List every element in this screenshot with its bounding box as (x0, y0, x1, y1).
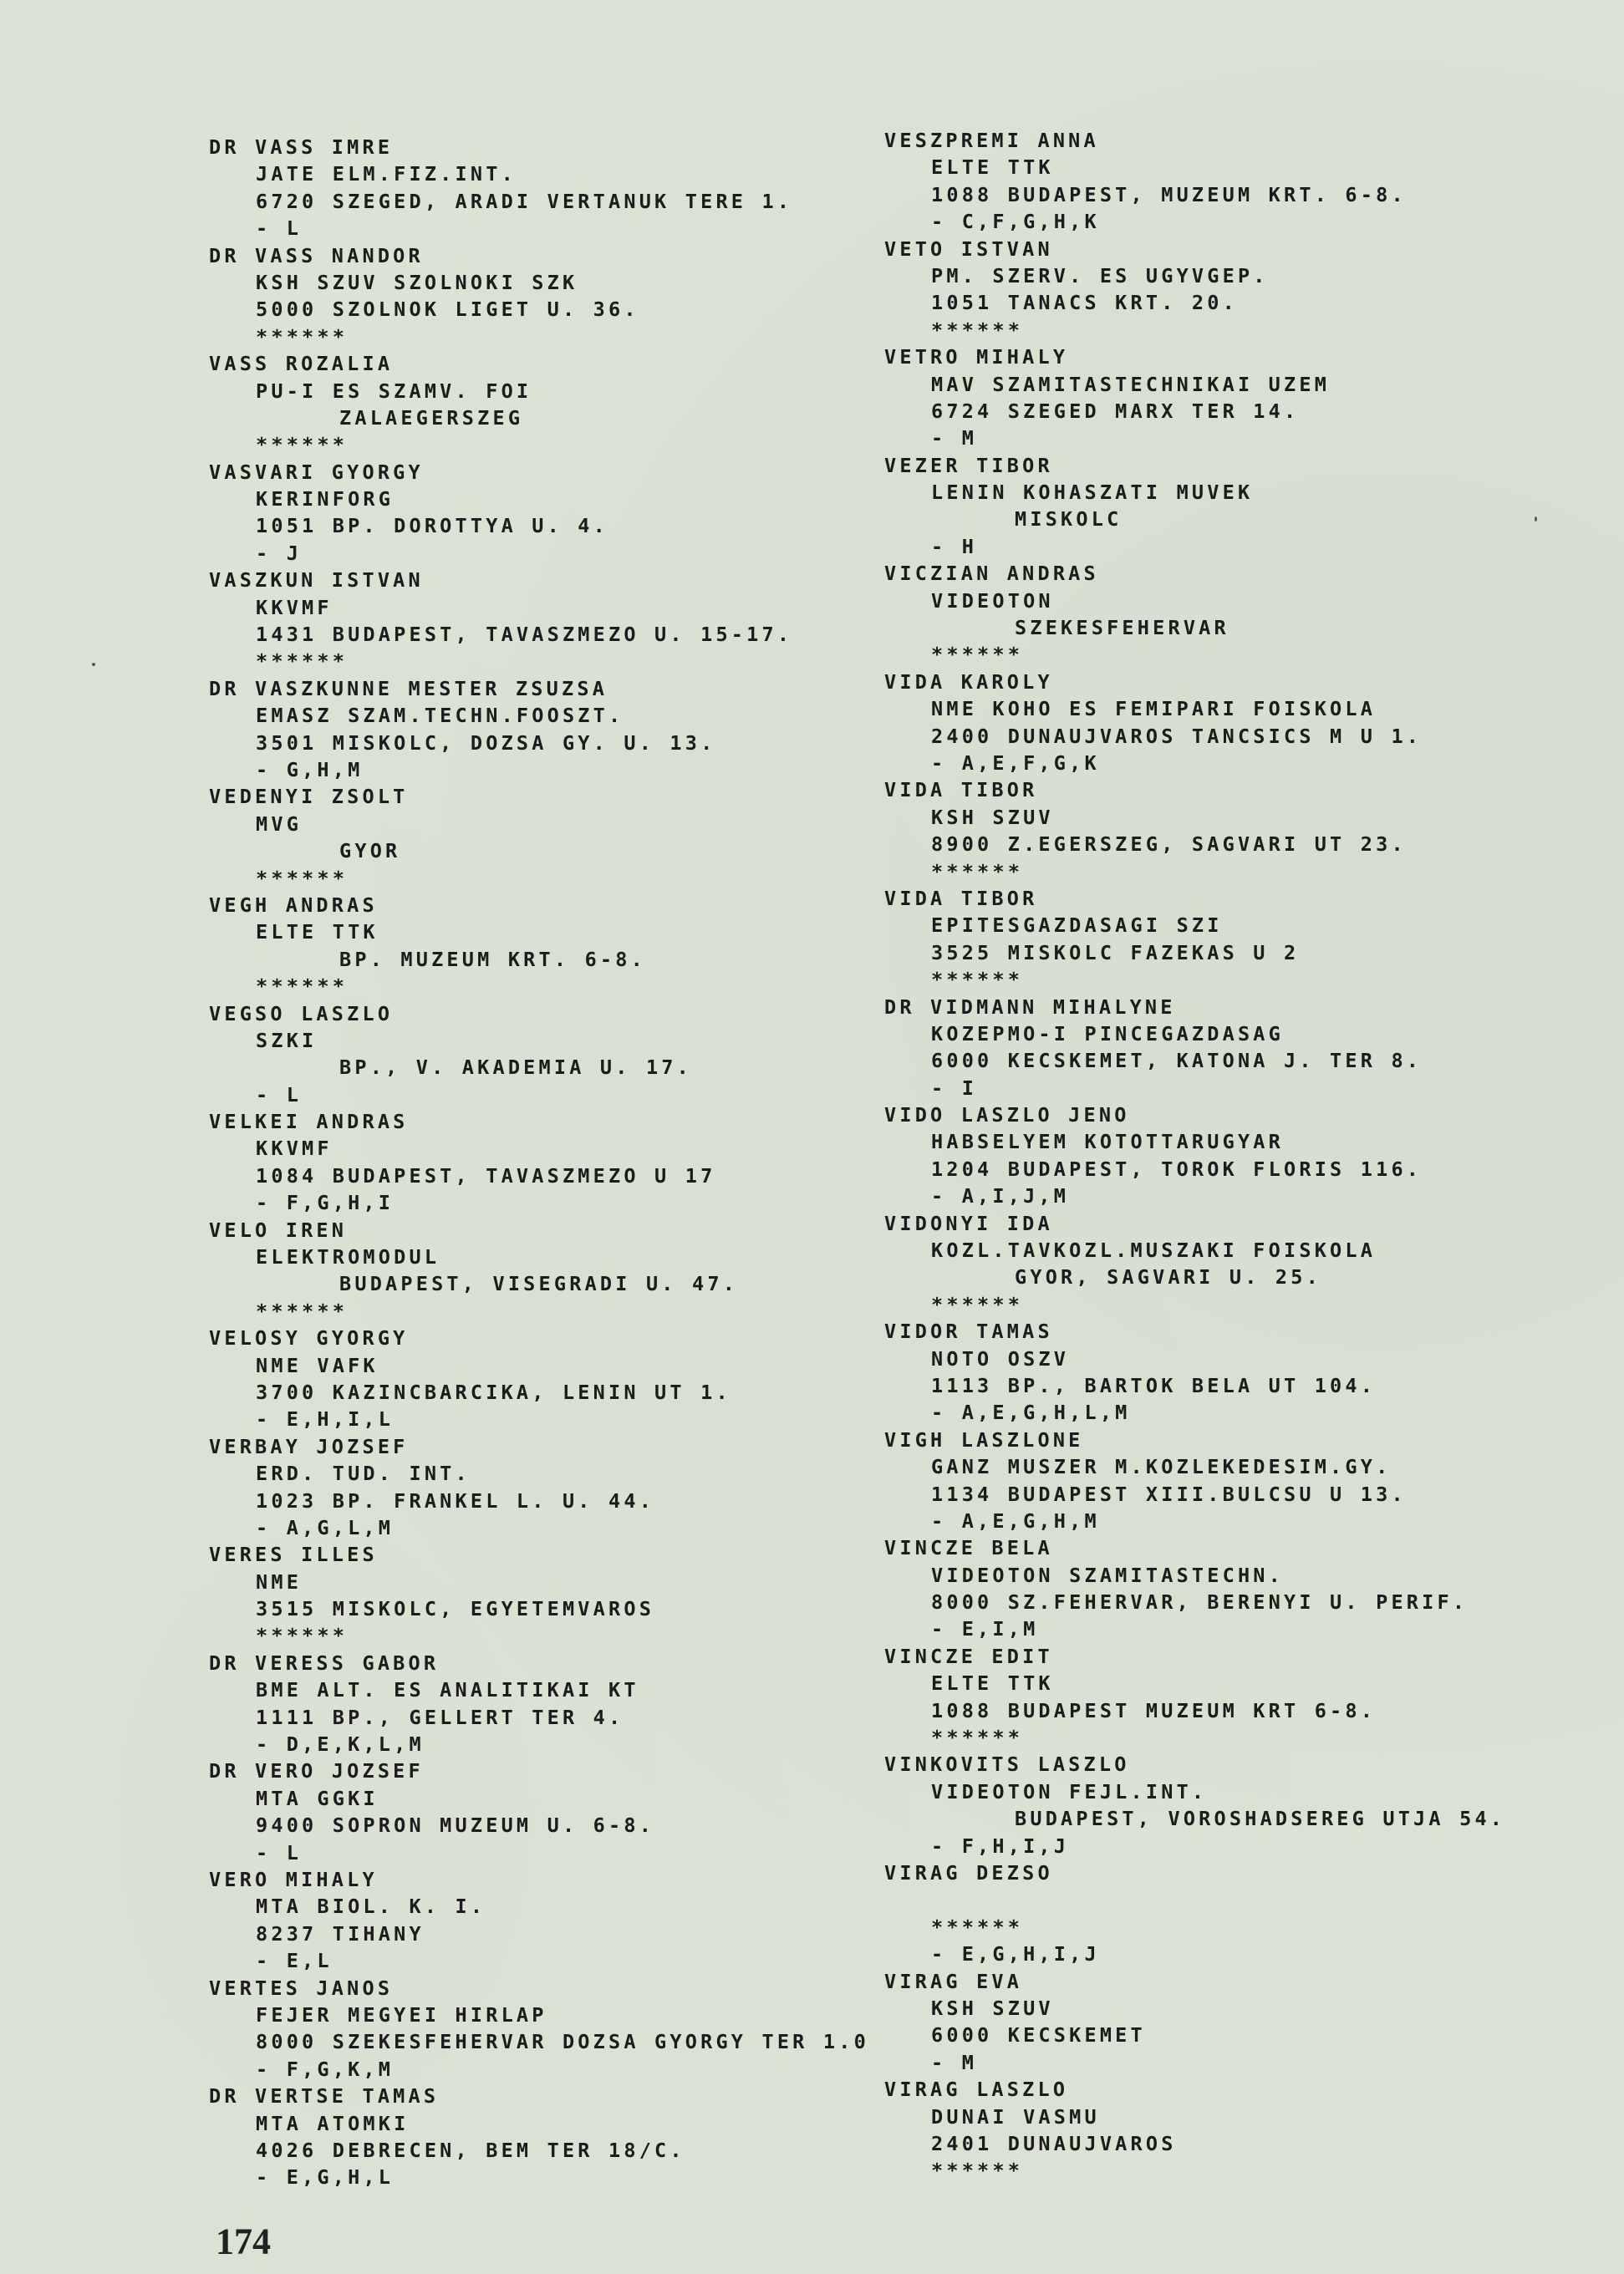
entry-detail-line: EMASZ SZAM.TECHN.FOOSZT. (209, 702, 869, 729)
entry-detail-line: MVG (209, 811, 869, 837)
entry-codes: - J (209, 540, 869, 567)
directory-column-right: VESZPREMI ANNAELTE TTK1088 BUDAPEST, MUZ… (884, 127, 1505, 2185)
entry-name: DR VASZKUNNE MESTER ZSUZSA (209, 675, 869, 702)
entry-blank-line (884, 1886, 1505, 1913)
entry-name: VIRAG EVA (884, 1968, 1505, 1995)
entry-separator: ****** (884, 317, 1505, 343)
entry-codes: - G,H,M (209, 756, 869, 783)
directory-entry: VELKEI ANDRASKKVMF1084 BUDAPEST, TAVASZM… (209, 1108, 869, 1217)
entry-name: VEDENYI ZSOLT (209, 783, 869, 810)
entry-codes: - E,G,H,L (209, 2164, 869, 2190)
entry-name: VIRAG DEZSO (884, 1859, 1505, 1886)
entry-detail-line: FEJER MEGYEI HIRLAP (209, 2002, 869, 2028)
entry-detail-line: NOTO OSZV (884, 1346, 1505, 1372)
entry-codes: - A,E,G,H,L,M (884, 1399, 1505, 1426)
entry-name: VEZER TIBOR (884, 452, 1505, 479)
directory-entry: DR VERESS GABORBME ALT. ES ANALITIKAI KT… (209, 1650, 869, 1758)
directory-entry: VASVARI GYORGYKERINFORG1051 BP. DOROTTYA… (209, 459, 869, 567)
entry-separator: ****** (884, 2157, 1505, 2184)
page-number: 174 (216, 2221, 271, 2263)
entry-codes: - M (884, 2049, 1505, 2076)
entry-detail-line: KOZL.TAVKOZL.MUSZAKI FOISKOLA (884, 1237, 1505, 1264)
entry-codes: - F,H,I,J (884, 1833, 1505, 1859)
entry-separator: ****** (209, 431, 869, 458)
entry-name: VERES ILLES (209, 1541, 869, 1568)
entry-detail-line: ELTE TTK (884, 1670, 1505, 1697)
entry-codes: - L (209, 215, 869, 242)
directory-entry: VELO IRENELEKTROMODULBUDAPEST, VISEGRADI… (209, 1217, 869, 1325)
entry-address: 1134 BUDAPEST XIII.BULCSU U 13. (884, 1481, 1505, 1508)
entry-address: GYOR (209, 837, 869, 864)
directory-entry: VINCZE BELAVIDEOTON SZAMITASTECHN.8000 S… (884, 1534, 1505, 1643)
directory-entry: DR VERTSE TAMASMTA ATOMKI4026 DEBRECEN, … (209, 2083, 869, 2191)
entry-separator: ****** (884, 641, 1505, 668)
entry-detail-line: KERINFORG (209, 486, 869, 512)
entry-codes: - E,L (209, 1947, 869, 1974)
entry-name: VASZKUN ISTVAN (209, 567, 869, 593)
entry-codes: - D,E,K,L,M (209, 1731, 869, 1758)
entry-detail-line: NME VAFK (209, 1352, 869, 1379)
directory-entry: VICZIAN ANDRASVIDEOTONSZEKESFEHERVAR****… (884, 560, 1505, 669)
entry-name: VIDA KAROLY (884, 669, 1505, 695)
directory-entry: VIDA TIBOREPITESGAZDASAGI SZI3525 MISKOL… (884, 885, 1505, 994)
entry-separator: ****** (884, 966, 1505, 993)
entry-name: VIDONYI IDA (884, 1210, 1505, 1237)
entry-address: 6000 KECSKEMET (884, 2022, 1505, 2048)
entry-address: 1088 BUDAPEST, MUZEUM KRT. 6-8. (884, 181, 1505, 208)
entry-detail-line: JATE ELM.FIZ.INT. (209, 160, 869, 187)
entry-name: VERO MIHALY (209, 1866, 869, 1893)
entry-detail-line: MTA GGKI (209, 1785, 869, 1812)
margin-speck (92, 663, 95, 666)
entry-name: DR VIDMANN MIHALYNE (884, 994, 1505, 1020)
entry-name: VINCZE BELA (884, 1534, 1505, 1561)
entry-address: MISKOLC (884, 506, 1505, 532)
entry-detail-line: PU-I ES SZAMV. FOI (209, 378, 869, 404)
directory-entry: VESZPREMI ANNAELTE TTK1088 BUDAPEST, MUZ… (884, 127, 1505, 236)
entry-detail-line: ELEKTROMODUL (209, 1244, 869, 1270)
entry-name: VASVARI GYORGY (209, 459, 869, 486)
entry-separator: ****** (209, 973, 869, 1000)
entry-address: 1204 BUDAPEST, TOROK FLORIS 116. (884, 1156, 1505, 1183)
entry-address: BUDAPEST, VOROSHADSEREG UTJA 54. (884, 1805, 1505, 1832)
directory-entry: VINKOVITS LASZLOVIDEOTON FEJL.INT.BUDAPE… (884, 1751, 1505, 1859)
directory-entry: VIRAG LASZLODUNAI VASMU2401 DUNAUJVAROS*… (884, 2076, 1505, 2185)
directory-entry: VIDA TIBORKSH SZUV8900 Z.EGERSZEG, SAGVA… (884, 776, 1505, 885)
entry-separator: ****** (884, 858, 1505, 885)
entry-address: 9400 SOPRON MUZEUM U. 6-8. (209, 1812, 869, 1839)
entry-codes: - F,G,H,I (209, 1189, 869, 1216)
entry-address: 2401 DUNAUJVAROS (884, 2130, 1505, 2157)
entry-address: 5000 SZOLNOK LIGET U. 36. (209, 296, 869, 323)
directory-entry: VEGH ANDRASELTE TTKBP. MUZEUM KRT. 6-8.*… (209, 892, 869, 1000)
directory-entry: DR VASS NANDORKSH SZUV SZOLNOKI SZK5000 … (209, 242, 869, 351)
directory-entry: VASS ROZALIAPU-I ES SZAMV. FOIZALAEGERSZ… (209, 350, 869, 459)
entry-detail-line: EPITESGAZDASAGI SZI (884, 912, 1505, 939)
directory-entry: VETO ISTVANPM. SZERV. ES UGYVGEP.1051 TA… (884, 236, 1505, 344)
entry-address: 8000 SZ.FEHERVAR, BERENYI U. PERIF. (884, 1589, 1505, 1615)
entry-detail-line: NME (209, 1569, 869, 1595)
entry-name: DR VASS IMRE (209, 134, 869, 160)
directory-entry: VIDONYI IDAKOZL.TAVKOZL.MUSZAKI FOISKOLA… (884, 1210, 1505, 1319)
entry-detail-line: PM. SZERV. ES UGYVGEP. (884, 262, 1505, 289)
entry-detail-line: SZKI (209, 1027, 869, 1054)
entry-name: VIDOR TAMAS (884, 1318, 1505, 1345)
entry-codes: - E,H,I,L (209, 1406, 869, 1432)
entry-name: DR VERTSE TAMAS (209, 2083, 869, 2109)
entry-name: DR VERO JOZSEF (209, 1758, 869, 1784)
directory-entry: VERTES JANOSFEJER MEGYEI HIRLAP8000 SZEK… (209, 1975, 869, 2083)
entry-name: VINKOVITS LASZLO (884, 1751, 1505, 1778)
entry-detail-line: MTA BIOL. K. I. (209, 1893, 869, 1920)
directory-entry: VIGH LASZLONEGANZ MUSZER M.KOZLEKEDESIM.… (884, 1427, 1505, 1535)
directory-entry: VEZER TIBORLENIN KOHASZATI MUVEKMISKOLC-… (884, 452, 1505, 561)
entry-separator: ****** (209, 648, 869, 674)
entry-address: 6000 KECSKEMET, KATONA J. TER 8. (884, 1047, 1505, 1074)
entry-separator: ****** (209, 865, 869, 892)
entry-name: VINCZE EDIT (884, 1643, 1505, 1670)
entry-address: 8000 SZEKESFEHERVAR DOZSA GYORGY TER 1.0 (209, 2028, 869, 2055)
entry-name: VASS ROZALIA (209, 350, 869, 377)
directory-entry: DR VASS IMREJATE ELM.FIZ.INT.6720 SZEGED… (209, 134, 869, 242)
entry-separator: ****** (884, 1724, 1505, 1751)
entry-address: 1088 BUDAPEST MUZEUM KRT 6-8. (884, 1697, 1505, 1724)
entry-address: 2400 DUNAUJVAROS TANCSICS M U 1. (884, 723, 1505, 750)
directory-entry: VERBAY JOZSEFERD. TUD. INT.1023 BP. FRAN… (209, 1433, 869, 1542)
entry-address: ZALAEGERSZEG (209, 404, 869, 431)
entry-address: 6720 SZEGED, ARADI VERTANUK TERE 1. (209, 188, 869, 215)
directory-entry: VIDA KAROLYNME KOHO ES FEMIPARI FOISKOLA… (884, 669, 1505, 777)
entry-separator: ****** (884, 1291, 1505, 1318)
directory-entry: VIDO LASZLO JENOHABSELYEM KOTOTTARUGYAR1… (884, 1101, 1505, 1210)
entry-detail-line: KSH SZUV (884, 1995, 1505, 2022)
directory-entry: VINCZE EDITELTE TTK1088 BUDAPEST MUZEUM … (884, 1643, 1505, 1752)
entry-detail-line: VIDEOTON SZAMITASTECHN. (884, 1562, 1505, 1589)
entry-detail-line: NME KOHO ES FEMIPARI FOISKOLA (884, 695, 1505, 722)
entry-separator: ****** (209, 1622, 869, 1649)
entry-detail-line: KKVMF (209, 594, 869, 621)
entry-name: VESZPREMI ANNA (884, 127, 1505, 154)
entry-separator: ****** (884, 1914, 1505, 1941)
entry-address: 6724 SZEGED MARX TER 14. (884, 398, 1505, 425)
entry-name: VIDA TIBOR (884, 885, 1505, 912)
entry-name: DR VASS NANDOR (209, 242, 869, 269)
entry-codes: - M (884, 425, 1505, 451)
directory-entry: VEGSO LASZLOSZKIBP., V. AKADEMIA U. 17.-… (209, 1000, 869, 1109)
entry-name: VICZIAN ANDRAS (884, 560, 1505, 587)
entry-detail-line: KKVMF (209, 1135, 869, 1162)
margin-speck (1535, 516, 1537, 521)
entry-separator: ****** (209, 1298, 869, 1325)
entry-separator: ****** (209, 323, 869, 350)
entry-detail-line: HABSELYEM KOTOTTARUGYAR (884, 1128, 1505, 1155)
entry-address: 1431 BUDAPEST, TAVASZMEZO U. 15-17. (209, 621, 869, 648)
entry-address: 1023 BP. FRANKEL L. U. 44. (209, 1488, 869, 1514)
entry-address: 1111 BP., GELLERT TER 4. (209, 1704, 869, 1731)
entry-detail-line: ELTE TTK (209, 918, 869, 945)
entry-address: BP., V. AKADEMIA U. 17. (209, 1054, 869, 1081)
entry-name: VELOSY GYORGY (209, 1325, 869, 1351)
directory-entry: VIRAG DEZSO******- E,G,H,I,J (884, 1859, 1505, 1968)
entry-detail-line: GANZ MUSZER M.KOZLEKEDESIM.GY. (884, 1453, 1505, 1480)
entry-codes: - C,F,G,H,K (884, 208, 1505, 235)
entry-codes: - E,I,M (884, 1615, 1505, 1642)
entry-address: 3525 MISKOLC FAZEKAS U 2 (884, 939, 1505, 966)
entry-name: VIGH LASZLONE (884, 1427, 1505, 1453)
directory-entry: DR VASZKUNNE MESTER ZSUZSAEMASZ SZAM.TEC… (209, 675, 869, 784)
entry-name: VIRAG LASZLO (884, 2076, 1505, 2103)
entry-address: 3501 MISKOLC, DOZSA GY. U. 13. (209, 730, 869, 756)
entry-detail-line: ELTE TTK (884, 154, 1505, 181)
entry-address: 1051 TANACS KRT. 20. (884, 289, 1505, 316)
entry-address: 3515 MISKOLC, EGYETEMVAROS (209, 1595, 869, 1622)
directory-entry: VERO MIHALYMTA BIOL. K. I.8237 TIHANY- E… (209, 1866, 869, 1975)
entry-codes: - F,G,K,M (209, 2056, 869, 2083)
entry-detail-line: KOZEPMO-I PINCEGAZDASAG (884, 1020, 1505, 1047)
entry-address: SZEKESFEHERVAR (884, 614, 1505, 641)
entry-detail-line: KSH SZUV SZOLNOKI SZK (209, 269, 869, 296)
directory-column-left: DR VASS IMREJATE ELM.FIZ.INT.6720 SZEGED… (209, 134, 869, 2191)
entry-codes: - A,I,J,M (884, 1183, 1505, 1209)
entry-name: VIDA TIBOR (884, 776, 1505, 803)
entry-name: VELO IREN (209, 1217, 869, 1244)
directory-entry: VETRO MIHALYMAV SZAMITASTECHNIKAI UZEM67… (884, 343, 1505, 452)
entry-codes: - A,G,L,M (209, 1514, 869, 1541)
entry-codes: - H (884, 533, 1505, 560)
entry-codes: - E,G,H,I,J (884, 1941, 1505, 1967)
entry-detail-line: VIDEOTON FEJL.INT. (884, 1778, 1505, 1805)
directory-entry: VIDOR TAMASNOTO OSZV1113 BP., BARTOK BEL… (884, 1318, 1505, 1427)
entry-detail-line: KSH SZUV (884, 804, 1505, 831)
directory-entry: VASZKUN ISTVANKKVMF1431 BUDAPEST, TAVASZ… (209, 567, 869, 675)
entry-address: GYOR, SAGVARI U. 25. (884, 1264, 1505, 1290)
entry-codes: - I (884, 1075, 1505, 1101)
directory-entry: VERES ILLESNME3515 MISKOLC, EGYETEMVAROS… (209, 1541, 869, 1650)
entry-detail-line: BME ALT. ES ANALITIKAI KT (209, 1676, 869, 1703)
entry-codes: - A,E,G,H,M (884, 1508, 1505, 1534)
directory-entry: VEDENYI ZSOLTMVGGYOR****** (209, 783, 869, 892)
entry-name: VIDO LASZLO JENO (884, 1101, 1505, 1128)
entry-address: 3700 KAZINCBARCIKA, LENIN UT 1. (209, 1379, 869, 1406)
entry-name: VETO ISTVAN (884, 236, 1505, 262)
entry-codes: - L (209, 1081, 869, 1108)
entry-name: DR VERESS GABOR (209, 1650, 869, 1676)
entry-address: 8900 Z.EGERSZEG, SAGVARI UT 23. (884, 831, 1505, 857)
entry-detail-line: MTA ATOMKI (209, 2110, 869, 2137)
entry-address: BUDAPEST, VISEGRADI U. 47. (209, 1270, 869, 1297)
entry-detail-line: MAV SZAMITASTECHNIKAI UZEM (884, 371, 1505, 398)
entry-address: 8237 TIHANY (209, 1920, 869, 1947)
entry-name: VERTES JANOS (209, 1975, 869, 2002)
entry-address: 1084 BUDAPEST, TAVASZMEZO U 17 (209, 1162, 869, 1189)
entry-name: VERBAY JOZSEF (209, 1433, 869, 1460)
entry-address: 1113 BP., BARTOK BELA UT 104. (884, 1372, 1505, 1399)
entry-codes: - L (209, 1839, 869, 1866)
directory-entry: VELOSY GYORGYNME VAFK3700 KAZINCBARCIKA,… (209, 1325, 869, 1433)
entry-address: 1051 BP. DOROTTYA U. 4. (209, 512, 869, 539)
entry-detail-line: DUNAI VASMU (884, 2104, 1505, 2130)
directory-entry: VIRAG EVAKSH SZUV6000 KECSKEMET- M (884, 1968, 1505, 2077)
directory-entry: DR VIDMANN MIHALYNEKOZEPMO-I PINCEGAZDAS… (884, 994, 1505, 1102)
entry-address: BP. MUZEUM KRT. 6-8. (209, 946, 869, 973)
entry-address: 4026 DEBRECEN, BEM TER 18/C. (209, 2137, 869, 2164)
entry-name: VELKEI ANDRAS (209, 1108, 869, 1135)
entry-detail-line: VIDEOTON (884, 588, 1505, 614)
entry-name: VETRO MIHALY (884, 343, 1505, 370)
entry-codes: - A,E,F,G,K (884, 750, 1505, 776)
entry-detail-line: LENIN KOHASZATI MUVEK (884, 479, 1505, 506)
directory-entry: DR VERO JOZSEFMTA GGKI9400 SOPRON MUZEUM… (209, 1758, 869, 1866)
entry-name: VEGH ANDRAS (209, 892, 869, 918)
entry-name: VEGSO LASZLO (209, 1000, 869, 1027)
entry-detail-line: ERD. TUD. INT. (209, 1460, 869, 1487)
